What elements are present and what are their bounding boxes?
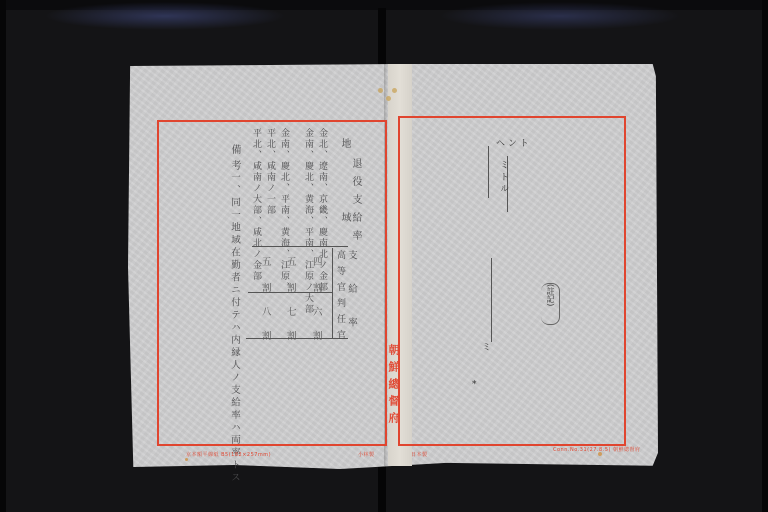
table-rule-vertical [332,248,333,338]
handwritten-mark: * [472,380,477,390]
right-footer-print: Conn.No.31(27.8.5) 朝鮮總督府 [553,446,641,453]
rate-cell: 割 [287,328,297,342]
rate-cell: 七 [287,304,297,318]
right-page-border [398,116,626,446]
region-header: 地 [338,138,350,151]
rate-cell: 四 [313,254,323,268]
rate-cell: 八 [262,304,272,318]
rate-cell: 六 [313,304,323,318]
region-entry: 金北、遼南、京畿、慶南北ノ金部 [316,128,328,293]
region-entry: 金南、慶北、平南、黄海、江原、 [278,128,290,293]
note-text: 一、同一地域在勤者ニ付テハ内縁人ノ支給率ハ両率トス [228,172,240,485]
frame-edge-left [0,0,6,512]
rate-cell: 割 [262,328,272,342]
stain-mark [185,458,188,461]
rate-cell: 割 [287,280,297,294]
stain-mark [386,96,391,101]
region-entry: 平北、咸南ノ大部、咸北ノ金部 [250,128,262,282]
frame-edge-right [762,0,768,512]
rank-header: 高等官判任官 [334,250,346,346]
stain-mark [392,88,397,93]
pencil-line [488,146,489,198]
stain-mark [378,88,383,93]
rate-cell: 割 [313,280,323,294]
document-title: 退役支給率 [349,158,361,248]
rate-cell: 割 [313,328,323,342]
table-rule-top [252,246,348,247]
handwritten-mark: ミ ト ル [497,160,510,193]
rate-cell: 五 [287,254,297,268]
left-footer-maker: 小林製 [358,451,375,458]
rate-cell: 割 [262,280,272,294]
annotation-bracket [541,283,560,325]
rate-header: 支給率 [345,250,357,351]
handwritten-mark: ヘ ン ト [496,136,529,149]
region-entry: 平北、咸南ノ一部 [264,128,276,216]
right-footer-maker: 日本製 [411,451,428,458]
rate-cell: 五 [262,254,272,268]
region-header-2: 域 [338,212,350,225]
handwritten-mark: ミ [482,340,491,353]
left-footer-print: 京本額平線紙 B5(182×257mm) [186,451,271,458]
stain-mark [598,452,602,456]
pencil-line [491,258,492,342]
